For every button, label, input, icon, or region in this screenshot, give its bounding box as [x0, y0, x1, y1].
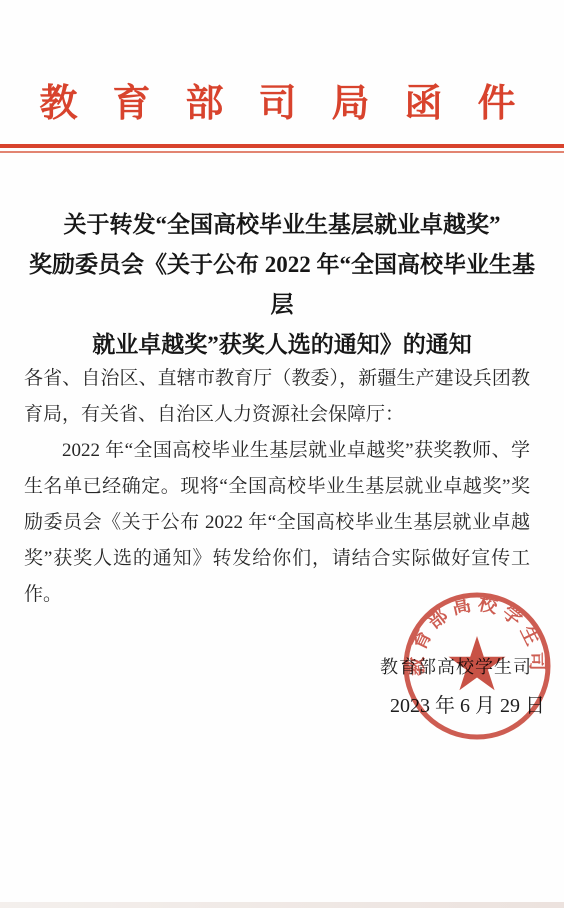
document-body: 各省、自治区、直辖市教育厅（教委），新疆生产建设兵团教育局，有关省、自治区人力资… [24, 361, 530, 613]
salutation: 各省、自治区、直辖市教育厅（教委），新疆生产建设兵团教育局，有关省、自治区人力资… [24, 361, 530, 433]
masthead-title: 教育部司局函件 [0, 72, 564, 127]
title-line-2: 奖励委员会《关于公布 2022 年“全国高校毕业生基层 [18, 245, 546, 325]
document-page: 教育部司局函件 关于转发“全国高校毕业生基层就业卓越奖” 奖励委员会《关于公布 … [0, 0, 564, 908]
document-title: 关于转发“全国高校毕业生基层就业卓越奖” 奖励委员会《关于公布 2022 年“全… [18, 205, 546, 365]
title-line-1: 关于转发“全国高校毕业生基层就业卓越奖” [18, 205, 546, 245]
title-line-3: 就业卓越奖”获奖人选的通知》的通知 [18, 325, 546, 365]
signature-date: 2023 年 6 月 29 日 [390, 689, 545, 718]
scan-bottom-edge [0, 902, 564, 908]
signature-department: 教育部高校学生司 [380, 653, 532, 679]
body-paragraph: 2022 年“全国高校毕业生基层就业卓越奖”获奖教师、学生名单已经确定。现将“全… [24, 433, 530, 613]
red-rule-thick [0, 144, 564, 148]
red-rule-thin [0, 151, 564, 153]
